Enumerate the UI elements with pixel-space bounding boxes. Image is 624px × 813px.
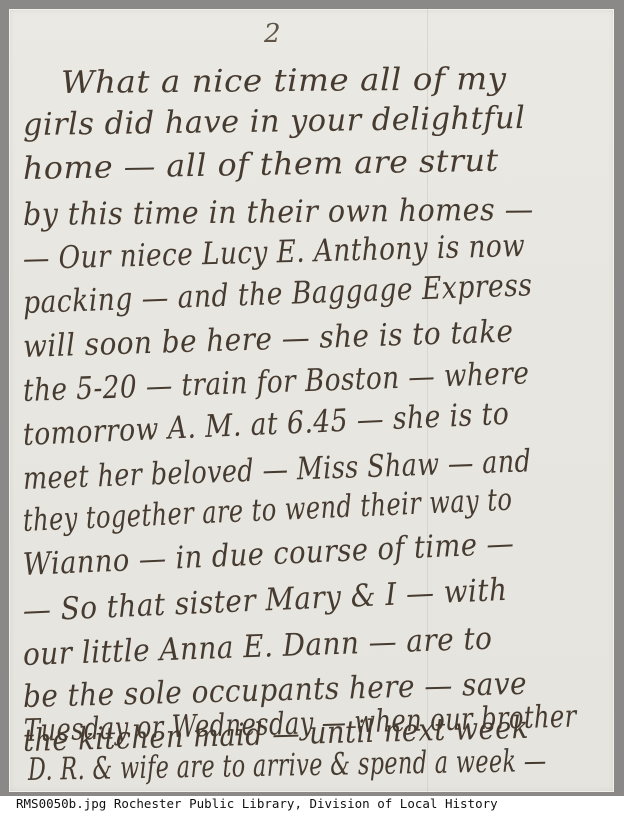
letter-line-1: What a nice time all of my [61, 61, 507, 101]
letter-line-4: by this time in their own homes — [23, 192, 534, 233]
letter-line-6: packing — and the Baggage Express [22, 267, 533, 321]
image-caption: RMS0050b.jpg Rochester Public Library, D… [16, 796, 498, 812]
scanned-image: 2 What a nice time all of my girls did h… [0, 0, 624, 796]
letter-line-14: our little Anna E. Dann — are to [22, 621, 493, 673]
letter-page: 2 What a nice time all of my girls did h… [9, 9, 614, 792]
letter-line-2: girls did have in your delightful [23, 100, 526, 143]
letter-line-13: — So that sister Mary & I — with [22, 572, 508, 629]
letter-line-7: will soon be here — she is to take [22, 314, 514, 365]
page-number: 2 [264, 19, 281, 49]
